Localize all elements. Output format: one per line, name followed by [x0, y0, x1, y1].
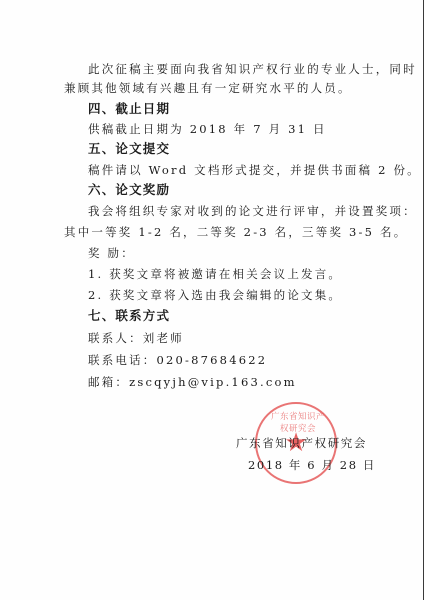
audience-paragraph-line2: 兼顾其他领域有兴趣且有一定研究水平的人员。 — [64, 80, 352, 96]
deadline-text: 供稿截止日期为 2018 年 7 月 31 日 — [88, 121, 327, 137]
awards-text-line2: 其中一等奖 1-2 名，二等奖 2-3 名，三等奖 3-5 名。 — [64, 224, 407, 240]
submission-text: 稿件请以 Word 文档形式提交，并提供书面稿 2 份。 — [88, 162, 421, 178]
page-edge-line — [423, 0, 424, 600]
section-heading-deadline: 四、截止日期 — [88, 101, 170, 117]
signature-date: 2018 年 6 月 28 日 — [248, 457, 376, 473]
reward-item-1: 1. 获奖文章将被邀请在相关会议上发言。 — [88, 266, 342, 282]
contact-phone: 联系电话：020-87684622 — [88, 352, 267, 368]
section-heading-contact: 七、联系方式 — [88, 308, 170, 324]
audience-paragraph-line1: 此次征稿主要面向我省知识产权行业的专业人士，同时 — [88, 61, 417, 77]
document-page: 此次征稿主要面向我省知识产权行业的专业人士，同时 兼顾其他领域有兴趣且有一定研究… — [0, 0, 425, 600]
awards-text-line1: 我会将组织专家对收到的论文进行评审，并设置奖项： — [88, 203, 417, 219]
reward-item-2: 2. 获奖文章将入选由我会编辑的论文集。 — [88, 287, 342, 303]
reward-label: 奖 励： — [88, 245, 135, 261]
section-heading-awards: 六、论文奖励 — [88, 182, 170, 198]
signature-organization: 广东省知识产权研究会 — [236, 435, 367, 451]
contact-person: 联系人：刘老师 — [88, 330, 184, 346]
contact-email: 邮箱：zscqyjh@vip.163.com — [88, 374, 297, 390]
section-heading-submission: 五、论文提交 — [88, 141, 170, 157]
